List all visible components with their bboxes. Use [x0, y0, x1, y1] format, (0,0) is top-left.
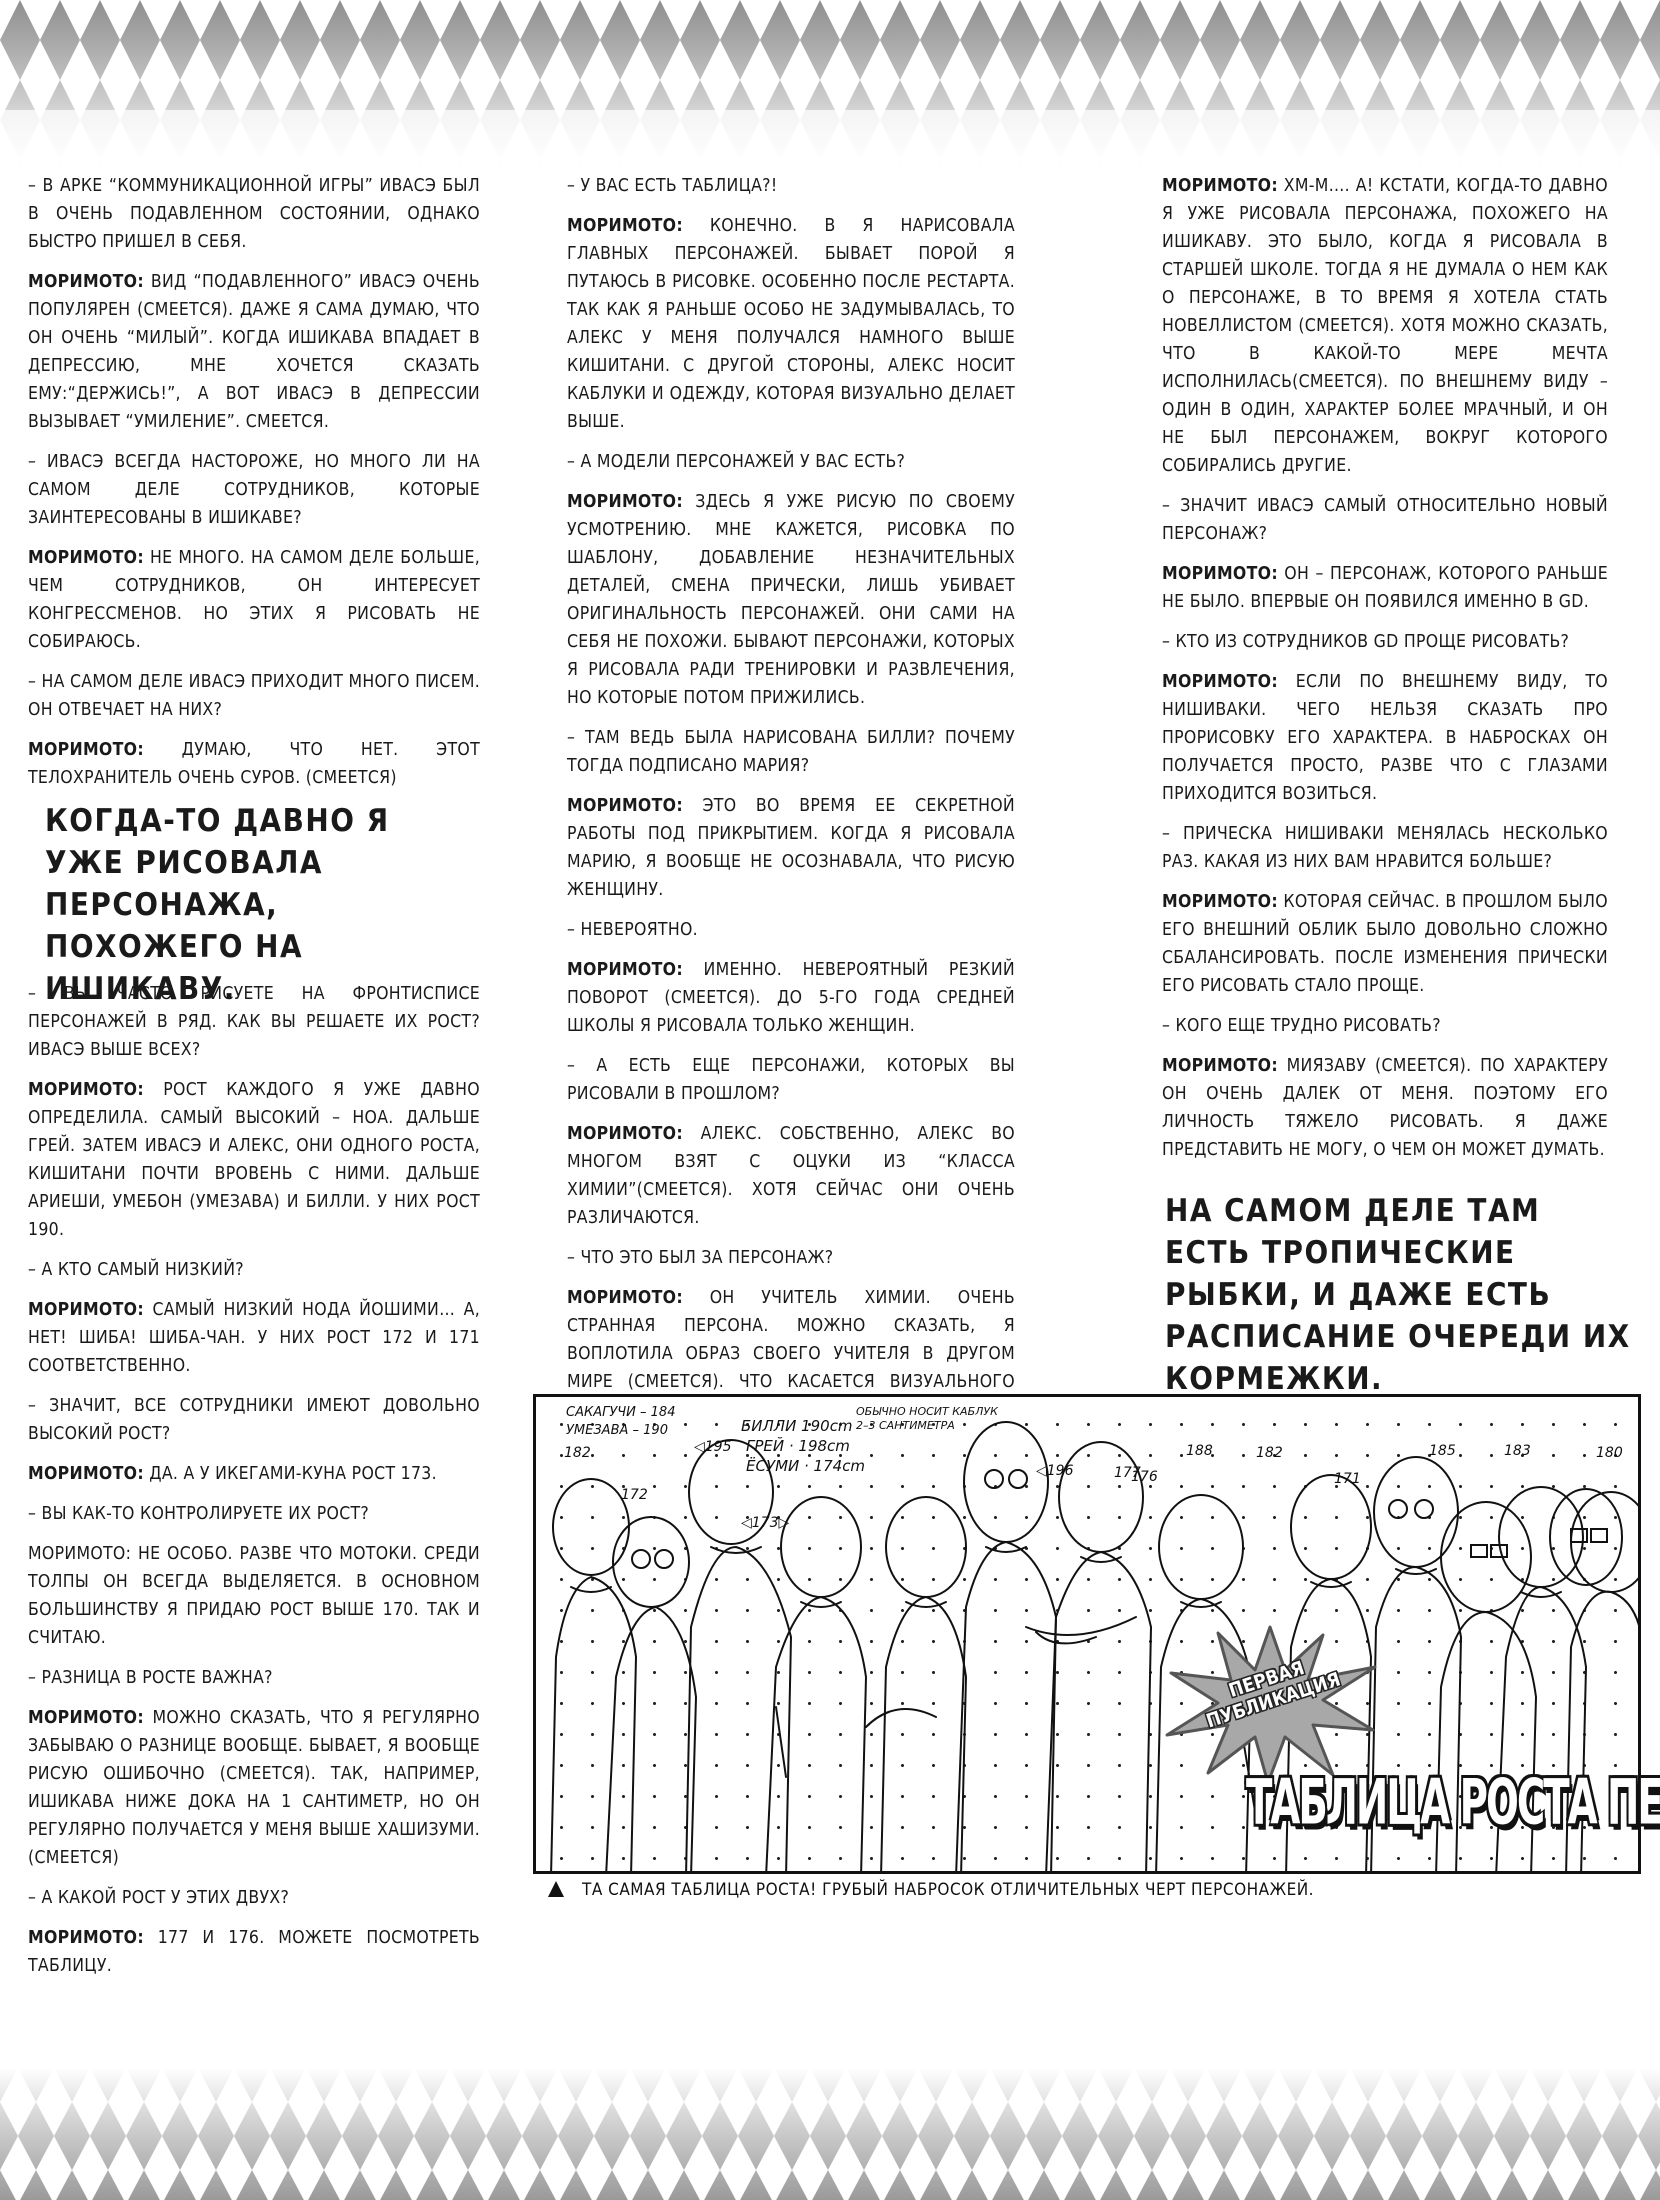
answer: МОРИМОТО: ЭТО ВО ВРЕМЯ ЕЕ СЕКРЕТНОЙ РАБО… [567, 792, 1015, 904]
question: – А МОДЕЛИ ПЕРСОНАЖЕЙ У ВАС ЕСТЬ? [567, 448, 1015, 476]
question: – В АРКЕ “КОММУНИКАЦИОННОЙ ИГРЫ” ИВАСЭ Б… [28, 172, 480, 256]
answer: МОРИМОТО: ОН – ПЕРСОНАЖ, КОТОРОГО РАНЬШЕ… [1162, 560, 1608, 616]
question: – ЧТО ЭТО БЫЛ ЗА ПЕРСОНАЖ? [567, 1244, 1015, 1272]
answer: МОРИМОТО: САМЫЙ НИЗКИЙ НОДА ЙОШИМИ… А, Н… [28, 1296, 480, 1380]
answer: МОРИМОТО: АЛЕКС. СОБСТВЕННО, АЛЕКС ВО МН… [567, 1120, 1015, 1232]
question: – ИВАСЭ ВСЕГДА НАСТОРОЖЕ, НО МНОГО ЛИ НА… [28, 448, 480, 532]
height-mark: 183 [1504, 1443, 1531, 1459]
speaker-label: МОРИМОТО: [1162, 672, 1278, 692]
speaker-label: МОРИМОТО: [28, 1708, 144, 1728]
question: – НЕВЕРОЯТНО. [567, 916, 1015, 944]
answer: МОРИМОТО: 177 И 176. МОЖЕТЕ ПОСМОТРЕТЬ Т… [28, 1924, 480, 1980]
height-note: ОБЫЧНО НОСИТ КАБЛУК [856, 1405, 998, 1418]
answer: МОРИМОТО: КОТОРАЯ СЕЙЧАС. В ПРОШЛОМ БЫЛО… [1162, 888, 1608, 1000]
answer: МОРИМОТО: ЕСЛИ ПО ВНЕШНЕМУ ВИДУ, ТО НИШИ… [1162, 668, 1608, 808]
speaker-label: МОРИМОТО: [567, 1288, 683, 1308]
question: – А КТО САМЫЙ НИЗКИЙ? [28, 1256, 480, 1284]
height-mark: ◁173▷ [741, 1515, 789, 1531]
height-mark: 188 [1186, 1443, 1213, 1459]
speaker-label: МОРИМОТО: [1162, 892, 1278, 912]
answer: МОРИМОТО: НЕ МНОГО. НА САМОМ ДЕЛЕ БОЛЬШЕ… [28, 544, 480, 656]
speaker-label: МОРИМОТО: [28, 1464, 144, 1484]
answer: МОРИМОТО: ХМ-М…. А! КСТАТИ, КОГДА-ТО ДАВ… [1162, 172, 1608, 480]
question: – ЗНАЧИТ, ВСЕ СОТРУДНИКИ ИМЕЮТ ДОВОЛЬНО … [28, 1392, 480, 1448]
question: – КТО ИЗ СОТРУДНИКОВ GD ПРОЩЕ РИСОВАТЬ? [1162, 628, 1608, 656]
pull-quote: НА САМОМ ДЕЛЕ ТАМ ЕСТЬ ТРОПИЧЕСКИЕ РЫБКИ… [1165, 1190, 1635, 1400]
answer: МОРИМОТО: НЕ ОСОБО. РАЗВЕ ЧТО МОТОКИ. СР… [28, 1540, 480, 1652]
triangle-up-icon [548, 1881, 564, 1897]
height-mark: 182 [564, 1445, 591, 1461]
speaker-label: МОРИМОТО: [567, 960, 683, 980]
speaker-label: МОРИМОТО: [567, 216, 683, 236]
height-mark: ◁196 [1036, 1463, 1074, 1479]
answer: МОРИМОТО: ВИД “ПОДАВЛЕННОГО” ИВАСЭ ОЧЕНЬ… [28, 268, 480, 436]
bottom-diamond-band [0, 2068, 1660, 2200]
question: – РАЗНИЦА В РОСТЕ ВАЖНА? [28, 1664, 480, 1692]
speaker-label: МОРИМОТО: [28, 1080, 144, 1100]
height-note: ЁСУМИ · 174cm [746, 1457, 865, 1475]
speaker-label: МОРИМОТО: [28, 740, 144, 760]
height-mark: 177 [1114, 1465, 1141, 1481]
height-mark: ◁195 [694, 1439, 732, 1455]
speaker-label: МОРИМОТО: [1162, 564, 1278, 584]
speaker-label: МОРИМОТО: [567, 492, 683, 512]
question: – А ЕСТЬ ЕЩЕ ПЕРСОНАЖИ, КОТОРЫХ ВЫ РИСОВ… [567, 1052, 1015, 1108]
height-note: УМЕЗАВА – 190 [566, 1423, 668, 1438]
height-mark: 180 [1596, 1445, 1623, 1461]
height-note: ГРЕЙ · 198cm [746, 1437, 850, 1455]
speaker-label: МОРИМОТО: [567, 796, 683, 816]
interview-column-2: – У ВАС ЕСТЬ ТАБЛИЦА?! МОРИМОТО: КОНЕЧНО… [567, 172, 1015, 1560]
height-note: САКАГУЧИ – 184 [566, 1405, 675, 1420]
height-mark: 172 [621, 1487, 648, 1503]
pull-quote: КОГДА-ТО ДАВНО Я УЖЕ РИСОВАЛА ПЕРСОНАЖА,… [45, 800, 465, 1010]
question: – У ВАС ЕСТЬ ТАБЛИЦА?! [567, 172, 1015, 200]
height-chart-title: ТАБЛИЦА РОСТА ПЕРСОНАЖЕЙ [1246, 1767, 1636, 1840]
answer: МОРИМОТО: ДА. А У ИКЕГАМИ-КУНА РОСТ 173. [28, 1460, 480, 1488]
interview-column-1: – В АРКЕ “КОММУНИКАЦИОННОЙ ИГРЫ” ИВАСЭ Б… [28, 172, 480, 804]
speaker-label: МОРИМОТО: [1162, 176, 1278, 196]
question: – ВЫ КАК-ТО КОНТРОЛИРУЕТЕ ИХ РОСТ? [28, 1500, 480, 1528]
speaker-label: МОРИМОТО: [1162, 1056, 1278, 1076]
question: – ПРИЧЕСКА НИШИВАКИ МЕНЯЛАСЬ НЕСКОЛЬКО Р… [1162, 820, 1608, 876]
answer: МОРИМОТО: ИМЕННО. НЕВЕРОЯТНЫЙ РЕЗКИЙ ПОВ… [567, 956, 1015, 1040]
interview-column-1-continued: – ВЫ ЧАСТО РИСУЕТЕ НА ФРОНТИСПИСЕ ПЕРСОН… [28, 980, 480, 1992]
question: – ТАМ ВЕДЬ БЫЛА НАРИСОВАНА БИЛЛИ? ПОЧЕМУ… [567, 724, 1015, 780]
height-note: 2–3 САНТИМЕТРА [856, 1419, 955, 1432]
question: – ВЫ ЧАСТО РИСУЕТЕ НА ФРОНТИСПИСЕ ПЕРСОН… [28, 980, 480, 1064]
height-note: БИЛЛИ 190cm [741, 1417, 853, 1435]
answer: МОРИМОТО: ЗДЕСЬ Я УЖЕ РИСУЮ ПО СВОЕМУ УС… [567, 488, 1015, 712]
height-mark: 185 [1429, 1443, 1456, 1459]
figure-caption: ТА САМАЯ ТАБЛИЦА РОСТА! ГРУБЫЙ НАБРОСОК … [548, 1880, 1314, 1900]
speaker-label: МОРИМОТО: [28, 272, 144, 292]
answer: МОРИМОТО: МИЯЗАВУ (СМЕЕТСЯ). ПО ХАРАКТЕР… [1162, 1052, 1608, 1164]
top-diamond-band [0, 0, 1660, 170]
speaker-label: МОРИМОТО: [567, 1124, 683, 1144]
answer: МОРИМОТО: РОСТ КАЖДОГО Я УЖЕ ДАВНО ОПРЕД… [28, 1076, 480, 1244]
speaker-label: МОРИМОТО: [28, 1928, 144, 1948]
question: – НА САМОМ ДЕЛЕ ИВАСЭ ПРИХОДИТ МНОГО ПИС… [28, 668, 480, 724]
speaker-label: МОРИМОТО: [28, 548, 144, 568]
answer: МОРИМОТО: КОНЕЧНО. В Я НАРИСОВАЛА ГЛАВНЫ… [567, 212, 1015, 436]
answer: МОРИМОТО: МОЖНО СКАЗАТЬ, ЧТО Я РЕГУЛЯРНО… [28, 1704, 480, 1872]
interview-column-3: МОРИМОТО: ХМ-М…. А! КСТАТИ, КОГДА-ТО ДАВ… [1162, 172, 1608, 1176]
question: – КОГО ЕЩЕ ТРУДНО РИСОВАТЬ? [1162, 1012, 1608, 1040]
question: – ЗНАЧИТ ИВАСЭ САМЫЙ ОТНОСИТЕЛЬНО НОВЫЙ … [1162, 492, 1608, 548]
height-mark: 182 [1256, 1445, 1283, 1461]
height-mark: 171 [1334, 1471, 1361, 1487]
answer: МОРИМОТО: ДУМАЮ, ЧТО НЕТ. ЭТОТ ТЕЛОХРАНИ… [28, 736, 480, 792]
speaker-label: МОРИМОТО: [28, 1300, 144, 1320]
question: – А КАКОЙ РОСТ У ЭТИХ ДВУХ? [28, 1884, 480, 1912]
